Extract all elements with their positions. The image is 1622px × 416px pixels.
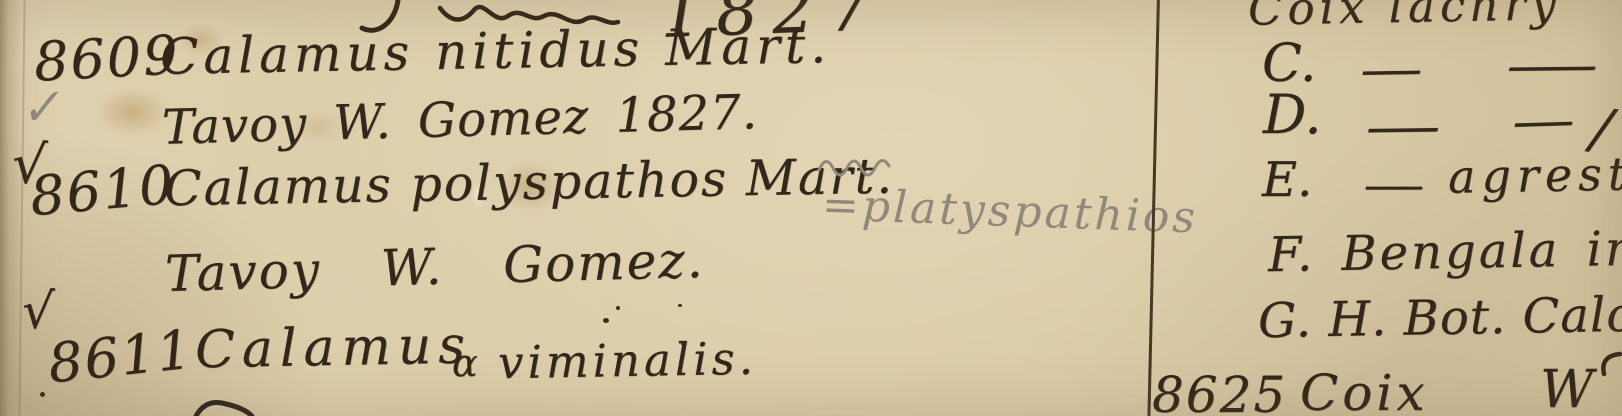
checkmark-ink-icon: √ [21, 285, 55, 337]
entry-number: 8610 [28, 158, 178, 224]
species-name: Calamus nitidus Mart. [160, 20, 832, 82]
entry-number: 8611 [46, 323, 196, 392]
ditto-mark: — [1364, 99, 1441, 154]
paper-stain [96, 88, 168, 136]
ditto-mark: — [1511, 94, 1576, 148]
entry-number: 8625 [1152, 370, 1287, 416]
manuscript-page: 1827 ✓ 8609 Calamus nitidus Mart. Tavoy … [0, 0, 1622, 416]
ditto-mark: — [1504, 39, 1599, 92]
row-label: D. [1263, 88, 1322, 142]
pencil-annotation: =platyspathios [821, 183, 1198, 240]
ditto-mark: — [1363, 164, 1425, 208]
species-epithet: viminalis. [498, 336, 758, 386]
entry-number: 8609 [33, 28, 181, 90]
pencil-squiggle-icon [815, 148, 899, 178]
species-genus: Coix [1300, 368, 1429, 416]
ditto-mark: — [1359, 43, 1422, 96]
row-text: agresti [1448, 150, 1622, 200]
locality-line: Tavoy W. Gomez. [164, 235, 705, 299]
locality-line: Tavoy W. Gomez 1827. [161, 88, 758, 152]
ink-speck [678, 304, 682, 307]
variety-letter: α [452, 344, 478, 382]
cropped-word: W [1540, 364, 1593, 416]
cropped-top-line: Coix lachry [1248, 0, 1562, 32]
ink-speck [603, 318, 609, 323]
ink-speck [40, 392, 45, 397]
species-genus: Calamus [195, 320, 473, 377]
row-text: G. H. Bot. Calc [1258, 291, 1622, 346]
cropped-letter-strokes-icon [192, 398, 258, 416]
cropped-letter-strokes-icon [1596, 352, 1622, 376]
species-name: Calamus polyspathos Mart. [164, 152, 895, 214]
ink-speck [616, 306, 620, 310]
row-text: F. Bengala in [1268, 225, 1622, 279]
row-label: E. [1262, 156, 1312, 204]
